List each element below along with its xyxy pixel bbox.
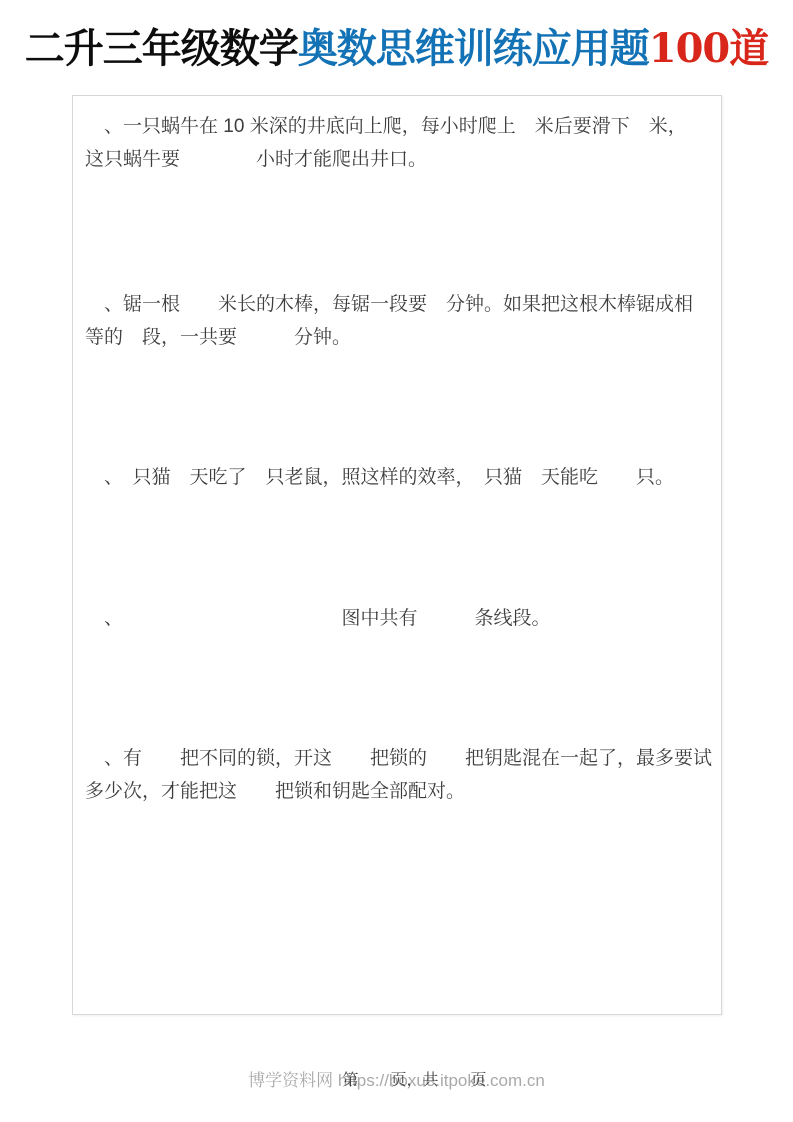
problem-locks-keys: 、有 把不同的锁，开这 把锁的 把钥匙混在一起了，最多要试 多少次，才能把这 把… bbox=[73, 742, 721, 808]
page-title: 二升三年级数学奥数思维训练应用题100道 bbox=[0, 18, 793, 80]
problem-line-segments: 、 图中共有 条线段。 bbox=[73, 602, 721, 635]
problem-snail: 、一只蜗牛在 10 米深的井底向上爬，每小时爬上 米后要滑下 米， 这只蜗牛要 … bbox=[73, 110, 721, 176]
problem-line-segments-line-1: 、 图中共有 条线段。 bbox=[85, 602, 709, 635]
problem-saw-wood: 、锯一根 米长的木棒，每锯一段要 分钟。如果把这根木棒锯成相 等的 段，一共要 … bbox=[73, 288, 721, 354]
problem-saw-wood-line-2: 等的 段，一共要 分钟。 bbox=[85, 321, 709, 354]
problem-locks-keys-line-1: 、有 把不同的锁，开这 把锁的 把钥匙混在一起了，最多要试 bbox=[85, 742, 709, 775]
problem-locks-keys-line-2: 多少次，才能把这 把锁和钥匙全部配对。 bbox=[85, 775, 709, 808]
page-footer: 博学资料网 https://boxue.itpoke.com.cn 第 页，共 … bbox=[0, 1058, 793, 1098]
title-count-part: 100道 bbox=[649, 25, 769, 72]
problem-cats-mice-line-1: 、 只猫 天吃了 只老鼠，照这样的效率， 只猫 天能吃 只。 bbox=[85, 461, 709, 494]
problems-container: 、一只蜗牛在 10 米深的井底向上爬，每小时爬上 米后要滑下 米， 这只蜗牛要 … bbox=[72, 95, 722, 1015]
title-subject-part: 奥数思维训练应用题 bbox=[298, 25, 649, 72]
problem-snail-line-2: 这只蜗牛要 小时才能爬出井口。 bbox=[85, 143, 709, 176]
worksheet-page: 二升三年级数学奥数思维训练应用题100道 、一只蜗牛在 10 米深的井底向上爬，… bbox=[0, 0, 793, 1122]
problem-snail-line-1: 、一只蜗牛在 10 米深的井底向上爬，每小时爬上 米后要滑下 米， bbox=[85, 110, 709, 143]
page-number-label: 第 页，共 页 bbox=[342, 1067, 486, 1090]
problem-cats-mice: 、 只猫 天吃了 只老鼠，照这样的效率， 只猫 天能吃 只。 bbox=[73, 461, 721, 494]
problem-saw-wood-line-1: 、锯一根 米长的木棒，每锯一段要 分钟。如果把这根木棒锯成相 bbox=[85, 288, 709, 321]
title-grade-part: 二升三年级数学 bbox=[25, 25, 298, 72]
